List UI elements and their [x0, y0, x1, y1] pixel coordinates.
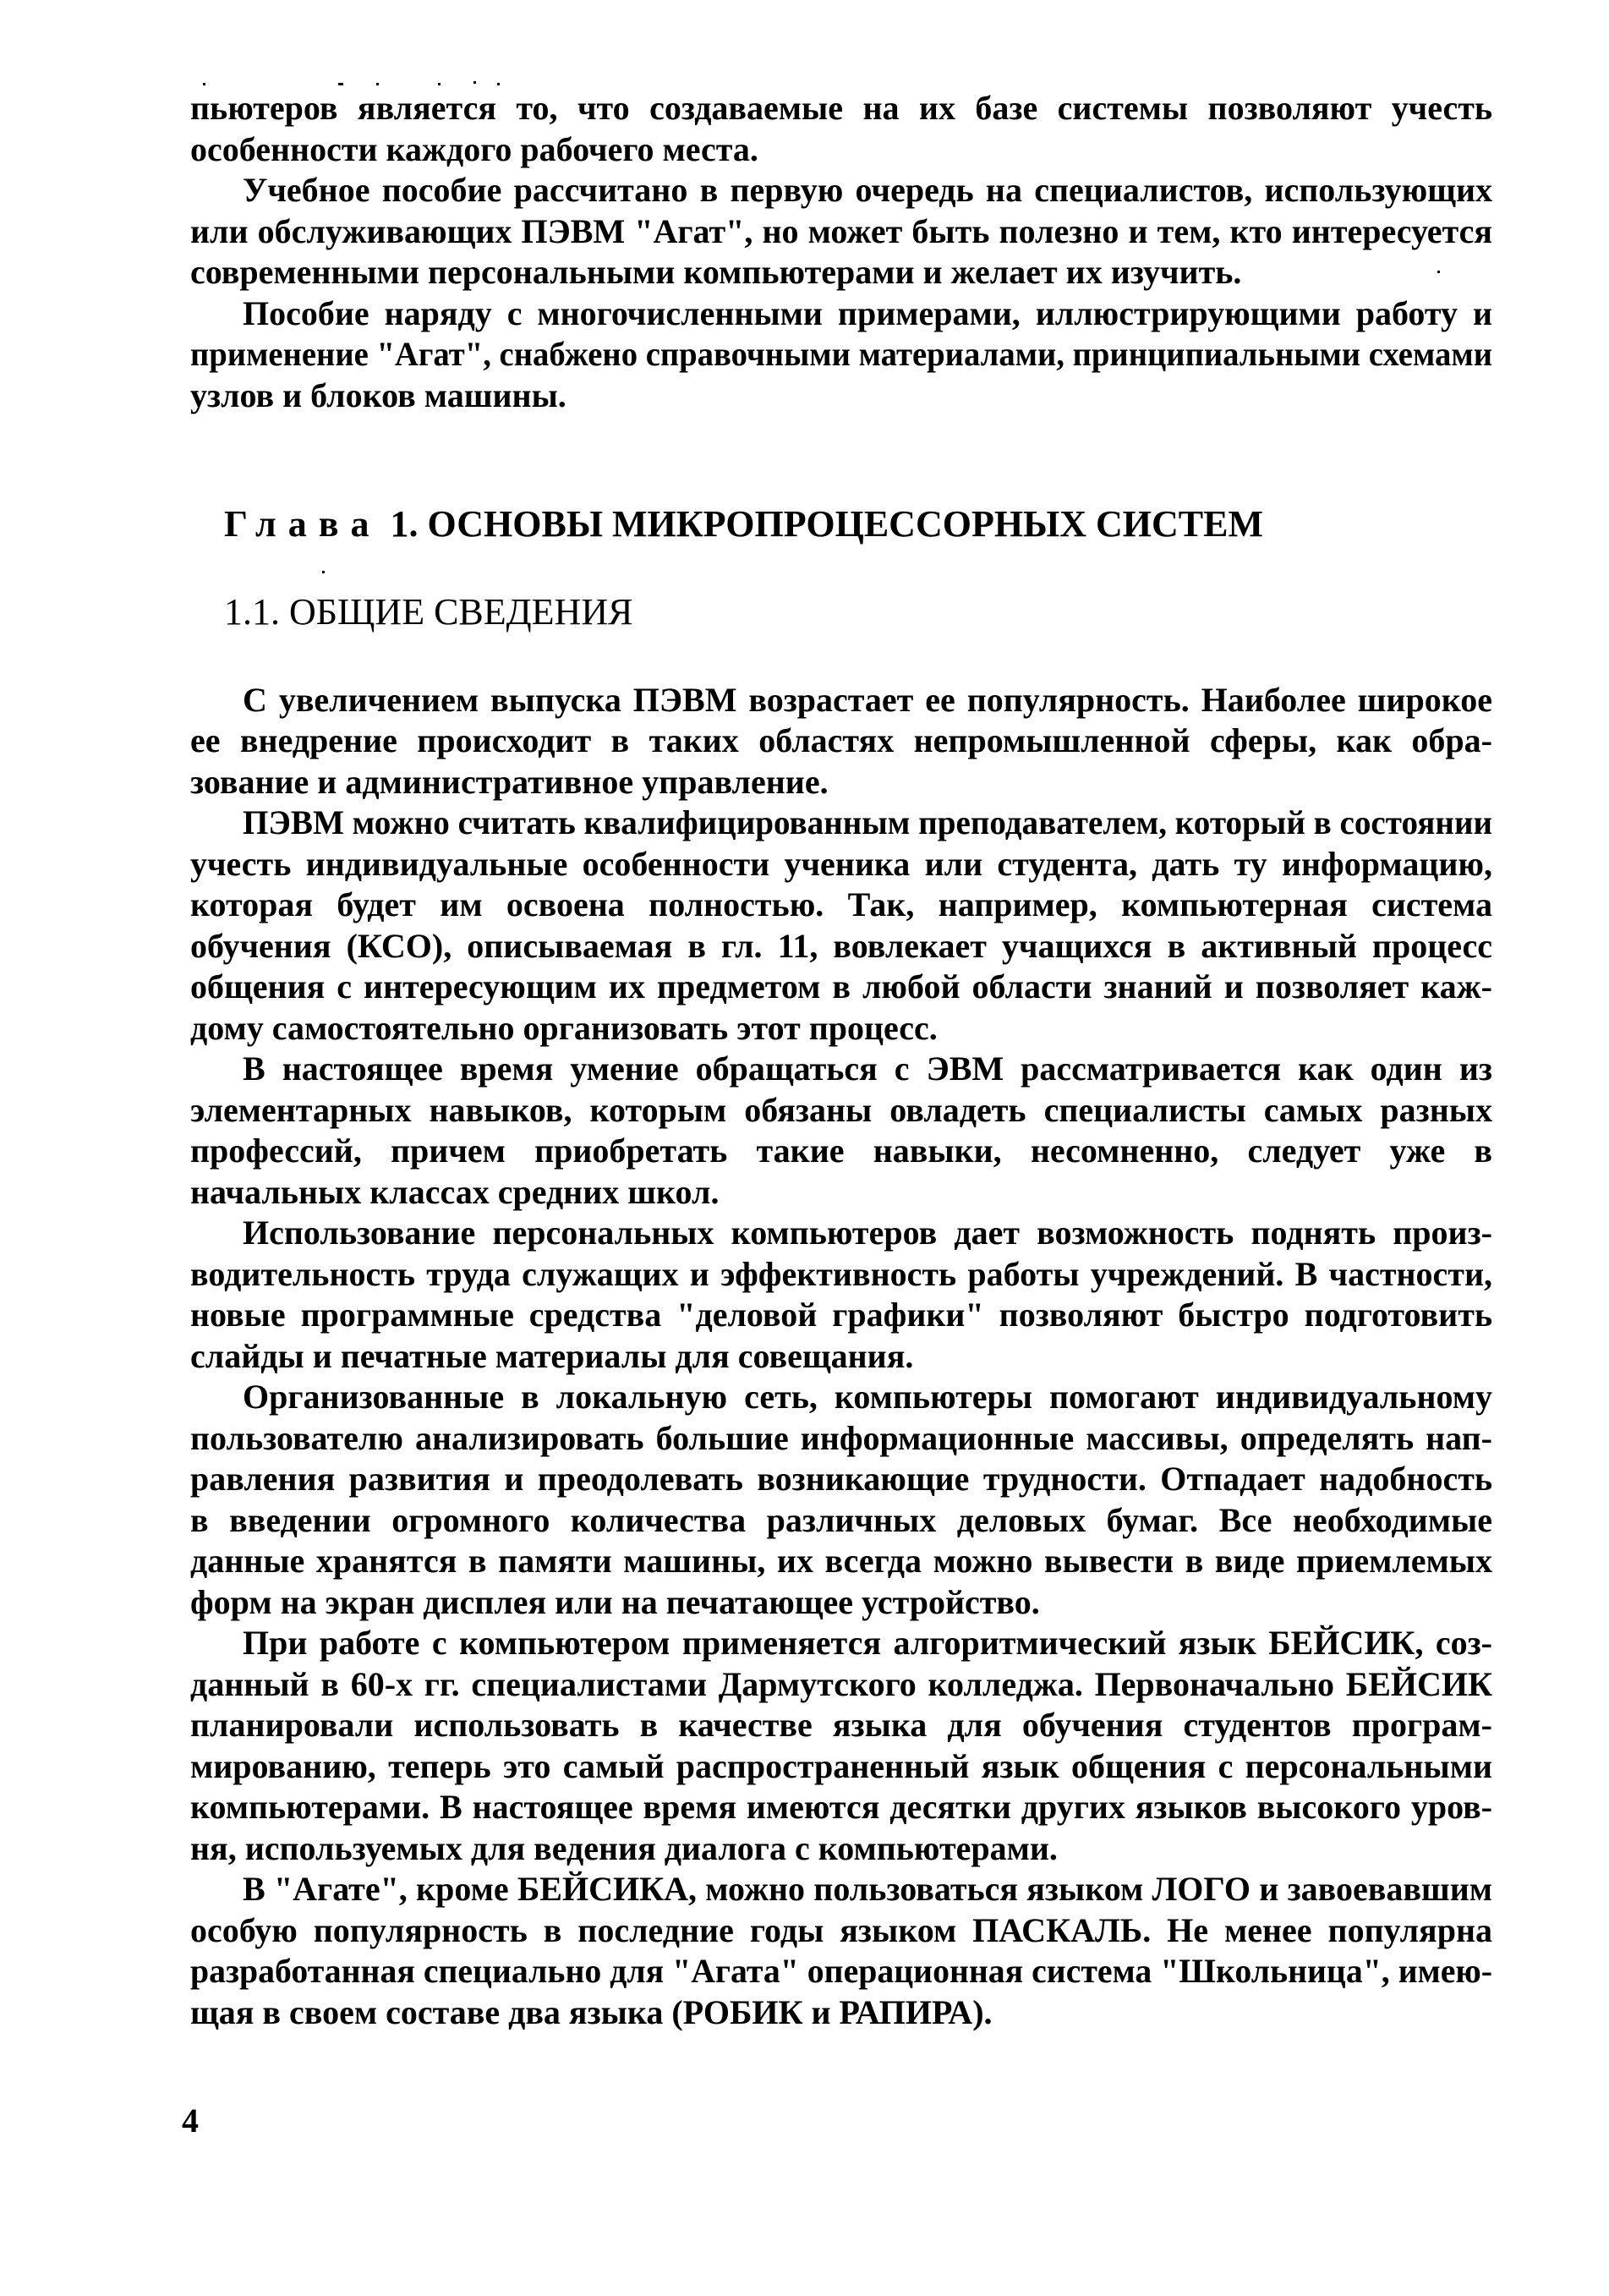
text-line: ня, используемых для ведения диалога с к…: [190, 1832, 1492, 1866]
text-line: Пособие наряду с многочисленными примера…: [243, 297, 1492, 331]
text-line: ПЭВМ можно считать квалифицированным пре…: [243, 806, 1492, 840]
scan-speck: [1437, 271, 1440, 273]
text-line: данный в 60-х гг. специалистами Дармутск…: [190, 1668, 1492, 1701]
text-line: особенности каждого рабочего места.: [190, 133, 1492, 167]
text-line: общения с интересующим их предметом в лю…: [190, 970, 1492, 1004]
text-line: пьютеров является то, что создаваемые на…: [190, 91, 1492, 125]
text-line: элементарных навыков, которым обязаны ов…: [190, 1093, 1492, 1127]
text-line: форм на экран дисплея или на печатающее …: [190, 1586, 1492, 1619]
text-line: С увеличением выпуска ПЭВМ возрастает ее…: [243, 683, 1492, 717]
text-line: или обслуживающих ПЭВМ "Агат", но может …: [190, 215, 1492, 249]
text-line: особую популярность в последние годы язы…: [190, 1914, 1492, 1948]
text-line: в введении огромного количества различны…: [190, 1504, 1492, 1537]
scan-speck: [322, 571, 325, 573]
text-line: зование и административное управление.: [190, 765, 1492, 799]
scan-speck: [338, 83, 343, 85]
text-line: Учебное пособие рассчитано в первую очер…: [243, 173, 1492, 207]
text-line: узлов и блоков машины.: [190, 379, 1492, 413]
chapter-heading: Глава 1. ОСНОВЫ МИКРОПРОЦЕССОРНЫХ СИСТЕМ: [224, 504, 1263, 545]
text-line: разработанная специально для "Агата" опе…: [190, 1954, 1492, 1988]
text-line: которая будет им освоена полностью. Так,…: [190, 888, 1492, 922]
section-heading: 1.1. ОБЩИЕ СВЕДЕНИЯ: [224, 592, 632, 633]
section-title: ОБЩИЕ СВЕДЕНИЯ: [289, 591, 632, 633]
text-line: планировали использовать в качестве язык…: [190, 1708, 1492, 1742]
document-page: пьютеров является то, что создаваемые на…: [0, 0, 1609, 2296]
text-line: применение "Агат", снабжено справочными …: [190, 337, 1492, 371]
chapter-prefix: Глава: [224, 503, 380, 545]
text-line: компьютерами. В настоящее время имеются …: [190, 1790, 1492, 1824]
text-line: данные хранятся в памяти машины, их всег…: [190, 1544, 1492, 1578]
scan-speck: [203, 83, 205, 85]
text-line: слайды и печатные материалы для совещани…: [190, 1340, 1492, 1373]
text-line: учесть индивидуальные особенности ученик…: [190, 847, 1492, 881]
scan-speck: [438, 83, 441, 85]
scan-speck: [376, 83, 379, 85]
text-line: профессий, причем приобретать такие навы…: [190, 1134, 1492, 1168]
text-line: В "Агате", кроме БЕЙСИКА, можно пользова…: [243, 1872, 1492, 1906]
text-line: Организованные в локальную сеть, компьют…: [243, 1380, 1492, 1414]
section-number: 1.1.: [224, 591, 280, 633]
chapter-number: 1.: [390, 503, 418, 545]
text-line: При работе с компьютером применяется алг…: [243, 1626, 1492, 1660]
text-line: В настоящее время умение обращаться с ЭВ…: [243, 1052, 1492, 1086]
text-line: новые программные средства "деловой граф…: [190, 1298, 1492, 1332]
text-line: Использование персональных компьютеров д…: [243, 1216, 1492, 1250]
text-line: ее внедрение происходит в таких областях…: [190, 724, 1492, 758]
text-line: пользователю анализировать большие инфор…: [190, 1422, 1492, 1455]
text-line: начальных классах средних школ.: [190, 1175, 1492, 1209]
text-line: дому самостоятельно организовать этот пр…: [190, 1011, 1492, 1045]
scan-speck: [473, 81, 476, 84]
text-line: щая в своем составе два языка (РОБИК и Р…: [190, 1996, 1492, 2030]
text-line: водительность труда служащих и эффективн…: [190, 1258, 1492, 1291]
scan-speck: [497, 83, 500, 85]
text-line: обучения (КСО), описываемая в гл. 11, во…: [190, 929, 1492, 963]
chapter-title: ОСНОВЫ МИКРОПРОЦЕССОРНЫХ СИСТЕМ: [427, 503, 1263, 545]
page-number: 4: [182, 2102, 199, 2140]
text-line: современными персональными компьютерами …: [190, 255, 1492, 289]
text-line: равления развития и преодолевать возника…: [190, 1462, 1492, 1496]
text-line: мированию, теперь это самый распростране…: [190, 1750, 1492, 1784]
